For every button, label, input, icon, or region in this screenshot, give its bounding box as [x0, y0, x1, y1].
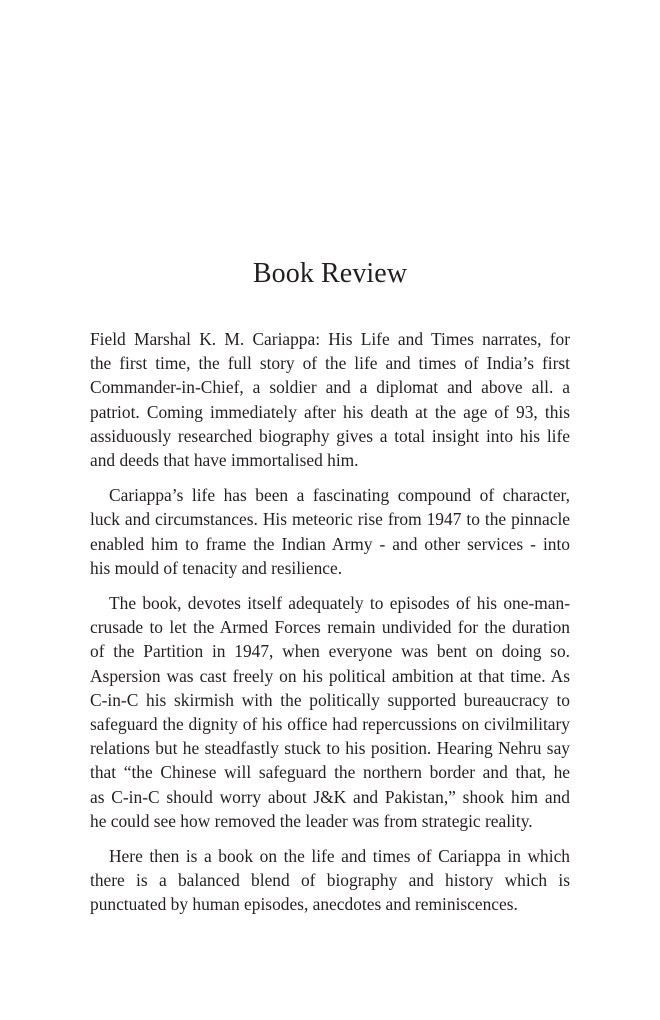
text-line: safeguard the dignity of his office had … [90, 712, 570, 736]
text-line: there is a balanced blend of biography a… [90, 868, 570, 892]
text-line: Aspersion was cast freely on his politic… [90, 664, 570, 688]
text-line: that “the Chinese will safeguard the nor… [90, 760, 570, 784]
text-line: he could see how removed the leader was … [90, 809, 570, 833]
text-line: his mould of tenacity and resilience. [90, 556, 570, 580]
text-line: as C-in-C should worry about J&K and Pak… [90, 785, 570, 809]
text-line: luck and circumstances. His meteoric ris… [90, 507, 570, 531]
paragraph-3: The book, devotes itself adequately to e… [90, 591, 570, 833]
text-line: and deeds that have immortalised him. [90, 448, 570, 472]
text-line: the first time, the full story of the li… [90, 351, 570, 375]
text-line: assiduously researched biography gives a… [90, 424, 570, 448]
text-line: Commander-in-Chief, a soldier and a dipl… [90, 375, 570, 399]
text-line: The book, devotes itself adequately to e… [90, 591, 570, 615]
text-line: Here then is a book on the life and time… [90, 844, 570, 868]
text-line: C-in-C his skirmish with the politically… [90, 688, 570, 712]
text-line: enabled him to frame the Indian Army - a… [90, 532, 570, 556]
text-line: Cariappa’s life has been a fascinating c… [90, 483, 570, 507]
text-line: relations but he steadfastly stuck to hi… [90, 736, 570, 760]
text-line: crusade to let the Armed Forces remain u… [90, 615, 570, 639]
text-line: patriot. Coming immediately after his de… [90, 400, 570, 424]
page-title: Book Review [0, 256, 660, 292]
text-line: of the Partition in 1947, when everyone … [90, 639, 570, 663]
review-body: Field Marshal K. M. Cariappa: His Life a… [90, 327, 570, 928]
paragraph-2: Cariappa’s life has been a fascinating c… [90, 483, 570, 580]
paragraph-1: Field Marshal K. M. Cariappa: His Life a… [90, 327, 570, 472]
paragraph-4: Here then is a book on the life and time… [90, 844, 570, 917]
book-page: Book Review Field Marshal K. M. Cariappa… [0, 0, 660, 1020]
text-line: punctuated by human episodes, anecdotes … [90, 892, 570, 916]
text-line: Field Marshal K. M. Cariappa: His Life a… [90, 327, 570, 351]
